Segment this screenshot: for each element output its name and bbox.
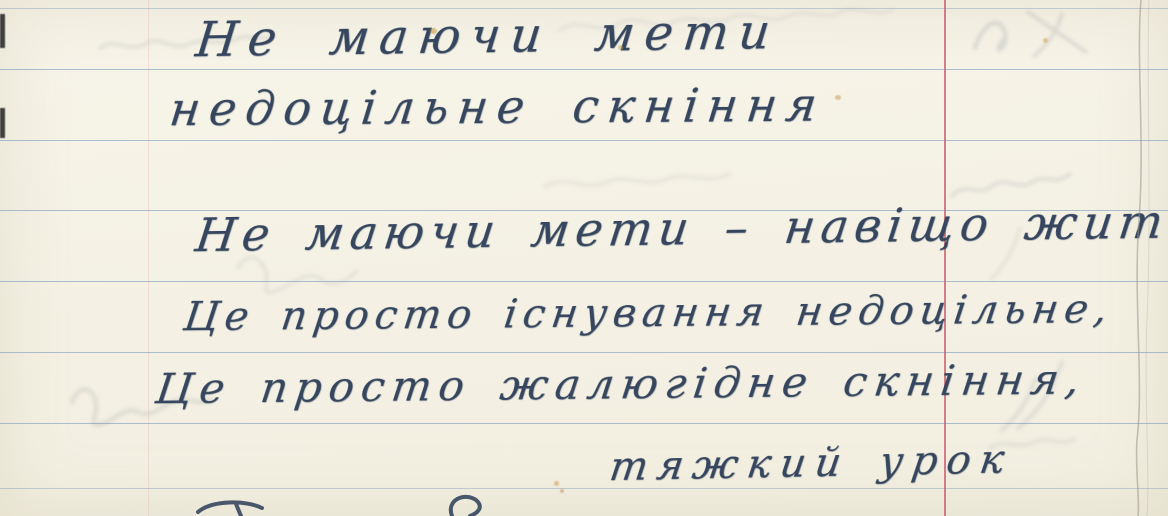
bleed-through-mark — [238, 258, 356, 293]
handwriting-line: недоцільне скніння — [167, 77, 829, 136]
foxing-dot — [560, 489, 564, 493]
handwriting-line: Не маючи мети – навіщо жить? — [193, 194, 1168, 262]
foxing-dot — [554, 481, 559, 486]
scan-edge-artifact — [0, 14, 5, 48]
scan-edge-artifact — [0, 108, 5, 138]
handwriting-line: Це просто існування недоцільне, — [181, 286, 1116, 340]
foxing-dot — [835, 95, 841, 100]
foxing-dot — [1043, 38, 1048, 43]
ruled-line — [0, 281, 1168, 282]
ruled-line — [0, 488, 1168, 489]
foxing-dot — [618, 45, 623, 50]
bleed-through-mark — [975, 23, 1005, 50]
faint-left-margin-line — [148, 0, 149, 516]
ruled-line — [0, 140, 1168, 141]
foxing-dot — [430, 28, 437, 34]
ruled-line — [0, 69, 1168, 70]
bleed-through-mark — [545, 174, 729, 186]
bleed-through-mark — [952, 174, 1070, 196]
scanned-notebook-page: Не маючи мети недоцільне скніння Не маюч… — [0, 0, 1168, 516]
cutoff-stroke — [451, 497, 480, 516]
bleed-through-mark — [1028, 12, 1086, 56]
handwriting-line: Не маючи мети — [193, 4, 783, 68]
handwriting-line: тяжкий урок — [607, 436, 1016, 490]
ruled-line — [0, 423, 1168, 424]
handwriting-line: Це просто жалюгідне скніння, — [153, 354, 1090, 413]
cutoff-stroke — [198, 502, 262, 516]
ruled-line — [0, 352, 1168, 353]
